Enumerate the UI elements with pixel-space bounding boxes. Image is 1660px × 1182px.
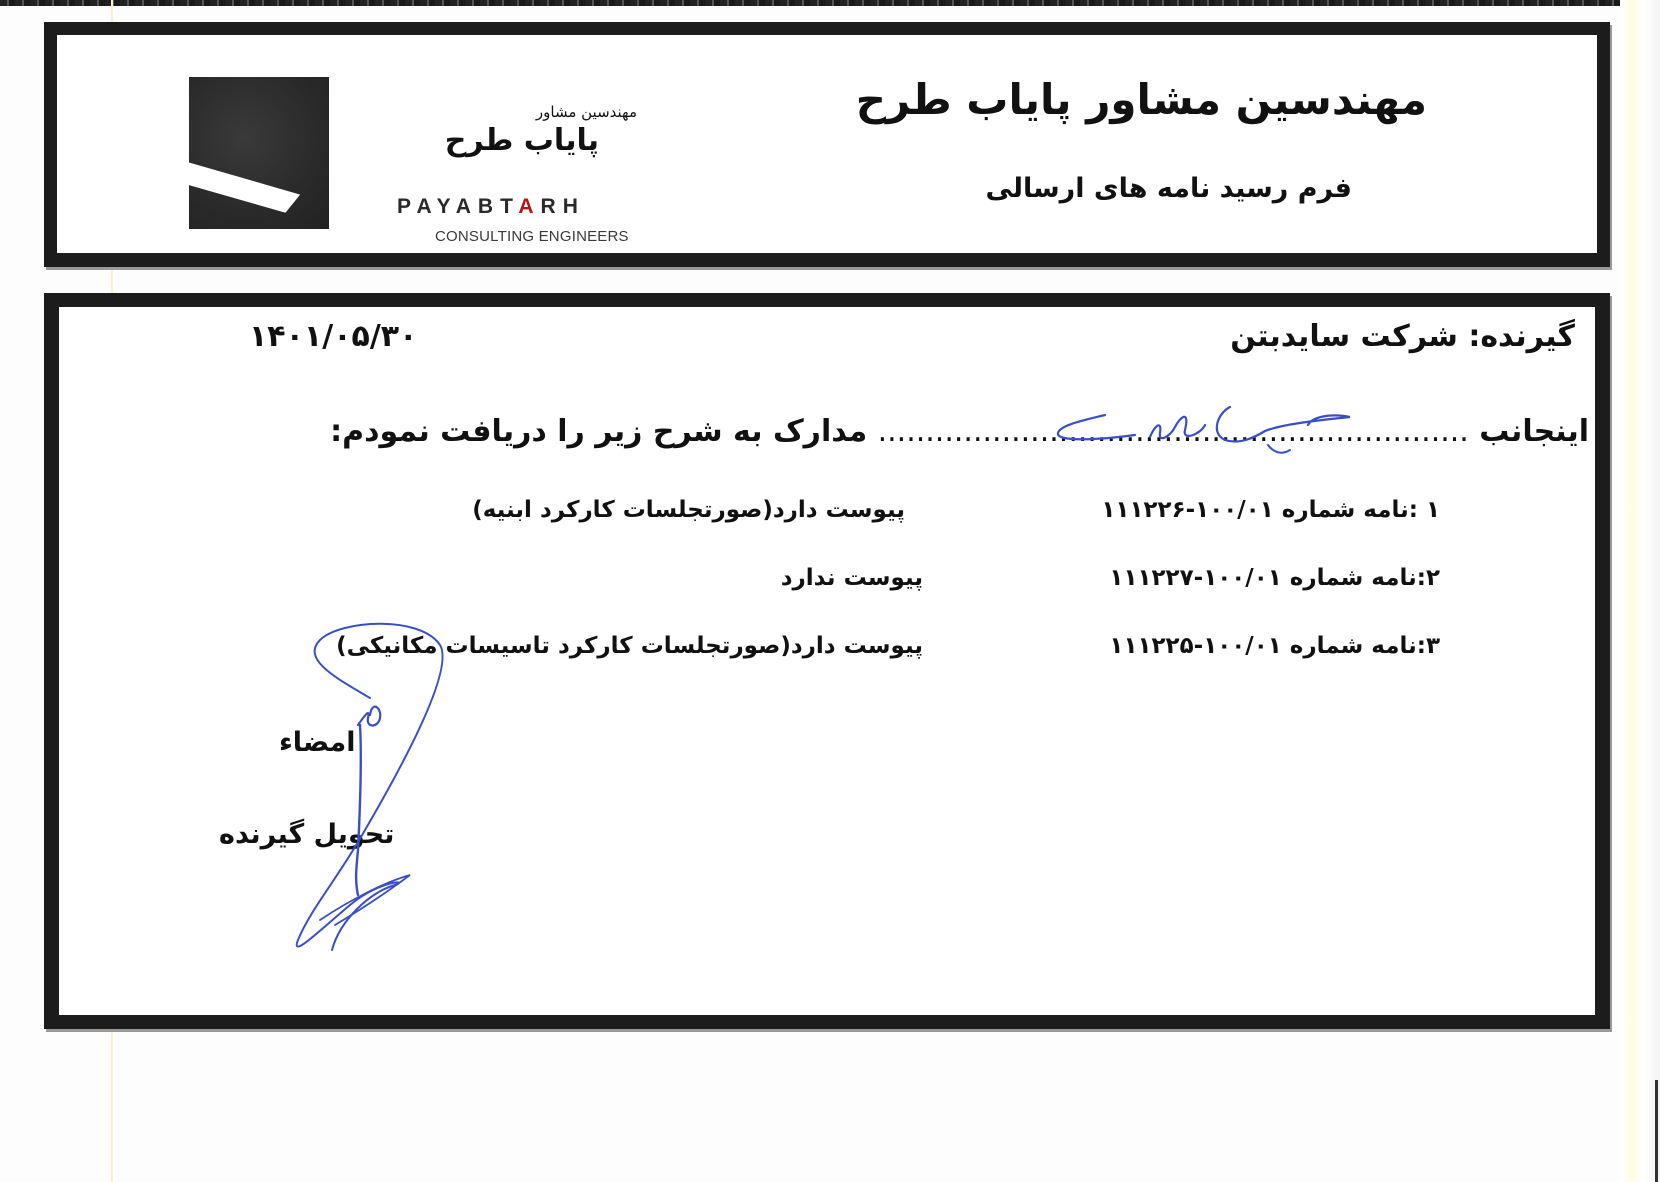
signature-label: امضاء [279,727,356,758]
logo-en-tagline: CONSULTING ENGINEERS [435,228,629,245]
logo-fa-name: پایاب طرح [445,123,599,158]
recipient-line: گیرنده: شرکت سایدبتن [1230,319,1575,354]
letter-item-note: پیوست دارد(صورتجلسات کارکرد ابنیه) [472,497,905,523]
scan-edge-right [1620,0,1660,1182]
logo-fa-subtitle: مهندسین مشاور [536,103,637,121]
letter-item-ref: ۱ :نامه شماره ۱۰۰/۰۱-۱۱۱۲۲۶ [1101,497,1440,523]
document-subtitle: فرم رسید نامه های ارسالی [986,173,1353,204]
logo-stripe [189,159,302,215]
delivery-recipient-label: تحویل گیرنده [219,819,394,850]
logo-wordmark: مهندسین مشاور پایاب طرح PAYABTARH CONSUL… [347,103,637,243]
letter-item-ref: ۲:نامه شماره ۱۰۰/۰۱-۱۱۱۲۲۷ [1109,565,1440,591]
letter-item-note: پیوست دارد(صورتجلسات کارکرد تاسیسات مکان… [336,633,923,659]
document-title: مهندسین مشاور پایاب طرح [856,75,1427,124]
scan-edge-top [0,0,1660,6]
statement-suffix: مدارک به شرح زیر را دریافت نمودم: [330,414,867,449]
receipt-form-frame: گیرنده: شرکت سایدبتن ۱۴۰۱/۰۵/۳۰ اینجانب … [44,293,1610,1029]
receipt-statement: اینجانب ................................… [330,414,1589,449]
logo-en-part: PAYABT [397,195,518,218]
scan-artifact-line [1655,1080,1658,1182]
letterhead-frame: مهندسین مشاور پایاب طرح PAYABTARH CONSUL… [44,22,1610,267]
company-logo-icon [189,77,329,229]
name-fill-line: ........................................… [878,414,1469,449]
logo-en-accent: A [518,195,540,218]
logo-en-part: RH [541,195,585,218]
letter-item-ref: ۳:نامه شماره ۱۰۰/۰۱-۱۱۱۲۲۵ [1109,633,1440,659]
logo-en-name: PAYABTARH [397,195,585,219]
statement-prefix: اینجانب [1479,414,1589,449]
document-date: ۱۴۰۱/۰۵/۳۰ [249,319,417,354]
letter-item-note: پیوست ندارد [781,565,923,591]
